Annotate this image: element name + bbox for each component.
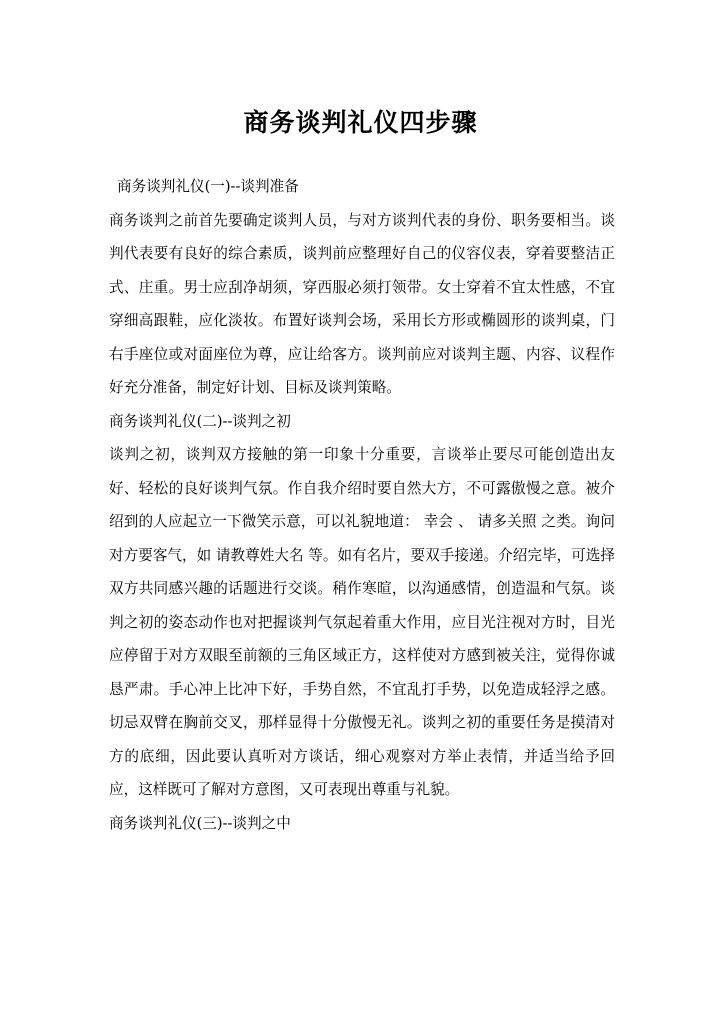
document-page: 商务谈判礼仪四步骤 商务谈判礼仪(一)--谈判准备 商务谈判之前首先要确定谈判人… bbox=[0, 0, 721, 1020]
section-heading-opening: 商务谈判礼仪(二)--谈判之初 bbox=[109, 405, 615, 439]
document-body: 商务谈判礼仪(一)--谈判准备 商务谈判之前首先要确定谈判人员，与对方谈判代表的… bbox=[109, 170, 615, 840]
section-paragraph-opening: 谈判之初，谈判双方接触的第一印象十分重要，言谈举止要尽可能创造出友好、轻松的良好… bbox=[109, 438, 615, 807]
document-title: 商务谈判礼仪四步骤 bbox=[0, 105, 721, 141]
section-paragraph-preparation: 商务谈判之前首先要确定谈判人员，与对方谈判代表的身份、职务要相当。谈判代表要有良… bbox=[109, 204, 615, 405]
section-heading-preparation: 商务谈判礼仪(一)--谈判准备 bbox=[109, 170, 615, 204]
section-heading-middle: 商务谈判礼仪(三)--谈判之中 bbox=[109, 807, 615, 841]
